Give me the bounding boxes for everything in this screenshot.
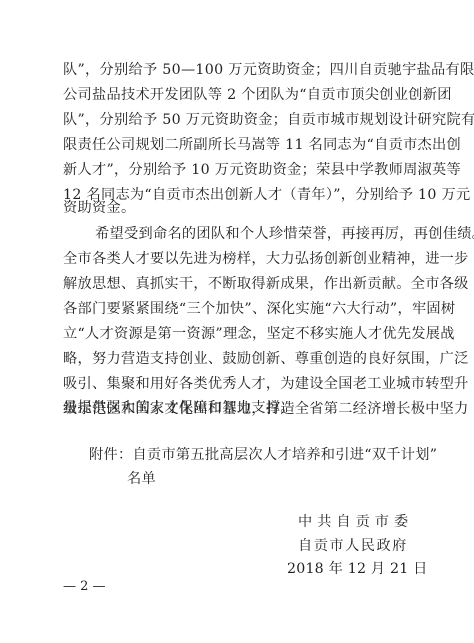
page-number: — 2 — [63, 578, 106, 596]
paragraph-2-line-1: 希望受到命名的团队和个人珍惜荣誉，再接再厉，再创佳绩。 [95, 225, 415, 243]
paragraph-2-line-3: 解放思想、真抓实干，不断取得新成果，作出新贡献。全市各级 [63, 275, 415, 293]
paragraph-2-line-2: 全市各类人才要以先进为榜样，大力弘扬创新创业精神，进一步 [63, 250, 415, 268]
paragraph-2-line-4: 各部门要紧紧围绕“三个加快”、深化实施“六大行动”，牢固树 [63, 300, 415, 318]
signature-government: 自贡市人民政府 [298, 537, 408, 555]
signature-party-committee: 中共自贡市委 [298, 513, 413, 531]
paragraph-1-line-4: 限责任公司规划二所副所长马嵩等 11 名同志为“自贡市杰出创 [63, 136, 415, 154]
paragraph-2-line-6: 略，努力营造支持创业、鼓励创新、尊重创造的良好氛围，广泛 [63, 350, 415, 368]
paragraph-1-line-5: 新人才”，分别给予 10 万元资助资金；荣县中学教师周淑英等 [63, 161, 415, 179]
paragraph-1-line-7: 资助资金。 [63, 199, 415, 217]
attachment-label-cont: 名单 [127, 470, 156, 488]
document-page: 队”，分别给予 50—100 万元资助资金；四川自贡驰宇盐品有限 公司盐品技术开… [0, 0, 474, 643]
paragraph-2-line-7: 吸引、集聚和用好各类优秀人才，为建设全国老工业城市转型升 [63, 375, 415, 393]
paragraph-2-line-9: 量提供强大的人才保障和智力支撑。 [63, 399, 415, 417]
paragraph-1-line-2: 公司盐品技术开发团队等 2 个团队为“自贡市顶尖创业创新团 [63, 86, 415, 104]
attachment-label: 附件：自贡市第五批高层次人才培养和引进“双千计划” [89, 446, 409, 464]
paragraph-1-line-3: 队”，分别给予 50 万元资助资金；自贡市城市规划设计研究院有 [63, 111, 415, 129]
paragraph-2-line-5: 立“人才资源是第一资源”理念，坚定不移实施人才优先发展战 [63, 325, 415, 343]
paragraph-1-line-1: 队”，分别给予 50—100 万元资助资金；四川自贡驰宇盐品有限 [63, 61, 415, 79]
signature-date: 2018 年 12 月 21 日 [287, 560, 428, 578]
